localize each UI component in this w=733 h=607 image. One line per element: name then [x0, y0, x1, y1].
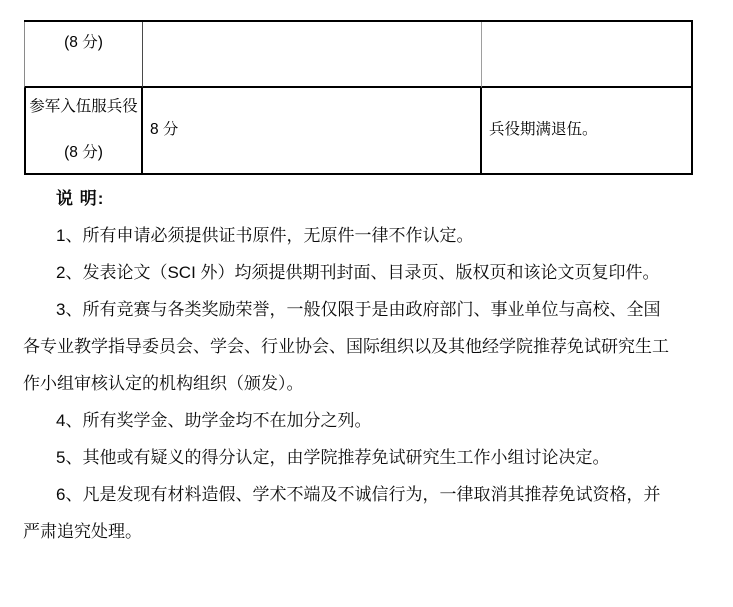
- note-item-3: 3、所有竞赛与各类奖励荣誉，一般仅限于是由政府部门、事业单位与高校、全国 各专业…: [23, 291, 701, 402]
- category-name-label: 参军入伍服兵役: [29, 98, 138, 117]
- note-line: 2、发表论文（SCI 外）均须提供期刊封面、目录页、版权页和该论文页复印件。: [23, 254, 701, 291]
- criteria-text: 兵役期满退伍。: [489, 121, 598, 140]
- notes-section: 说 明: 1、所有申请必须提供证书原件，无原件一律不作认定。 2、发表论文（SC…: [23, 180, 701, 550]
- score-table: (8 分) 参军入伍服兵役 (8 分) 8 分 兵役期满退伍。: [24, 20, 693, 175]
- table-cell-score-empty: [143, 22, 482, 88]
- note-item-2: 2、发表论文（SCI 外）均须提供期刊封面、目录页、版权页和该论文页复印件。: [23, 254, 701, 291]
- note-line: 4、所有奖学金、助学金均不在加分之列。: [23, 402, 701, 439]
- table-cell-score: 8 分: [143, 88, 482, 173]
- category-points-label: (8 分): [64, 34, 103, 86]
- note-item-5: 5、其他或有疑义的得分认定，由学院推荐免试研究生工作小组讨论决定。: [23, 439, 701, 476]
- note-line: 6、凡是发现有材料造假、学术不端及不诚信行为，一律取消其推荐免试资格，并: [23, 476, 701, 513]
- note-item-4: 4、所有奖学金、助学金均不在加分之列。: [23, 402, 701, 439]
- note-line: 5、其他或有疑义的得分认定，由学院推荐免试研究生工作小组讨论决定。: [23, 439, 701, 476]
- note-item-1: 1、所有申请必须提供证书原件，无原件一律不作认定。: [23, 217, 701, 254]
- note-line: 3、所有竞赛与各类奖励荣誉，一般仅限于是由政府部门、事业单位与高校、全国: [23, 291, 701, 328]
- note-line: 作小组审核认定的机构组织（颁发）。: [23, 365, 701, 402]
- table-cell-category-military-service: 参军入伍服兵役 (8 分): [24, 88, 143, 173]
- note-line: 各专业教学指导委员会、学会、行业协会、国际组织以及其他经学院推荐免试研究生工: [23, 328, 701, 365]
- note-line: 严肃追究处理。: [23, 513, 701, 550]
- notes-heading: 说 明:: [23, 180, 701, 217]
- table-cell-criteria-empty: [482, 22, 691, 88]
- note-item-6: 6、凡是发现有材料造假、学术不端及不诚信行为，一律取消其推荐免试资格，并 严肃追…: [23, 476, 701, 550]
- table-cell-category-continued: (8 分): [24, 22, 143, 88]
- score-value: 8 分: [150, 121, 178, 140]
- category-points-label: (8 分): [64, 144, 103, 163]
- document-page: (8 分) 参军入伍服兵役 (8 分) 8 分 兵役期满退伍。 说 明: 1、所…: [0, 0, 733, 607]
- note-line: 1、所有申请必须提供证书原件，无原件一律不作认定。: [23, 217, 701, 254]
- table-cell-criteria: 兵役期满退伍。: [482, 88, 691, 173]
